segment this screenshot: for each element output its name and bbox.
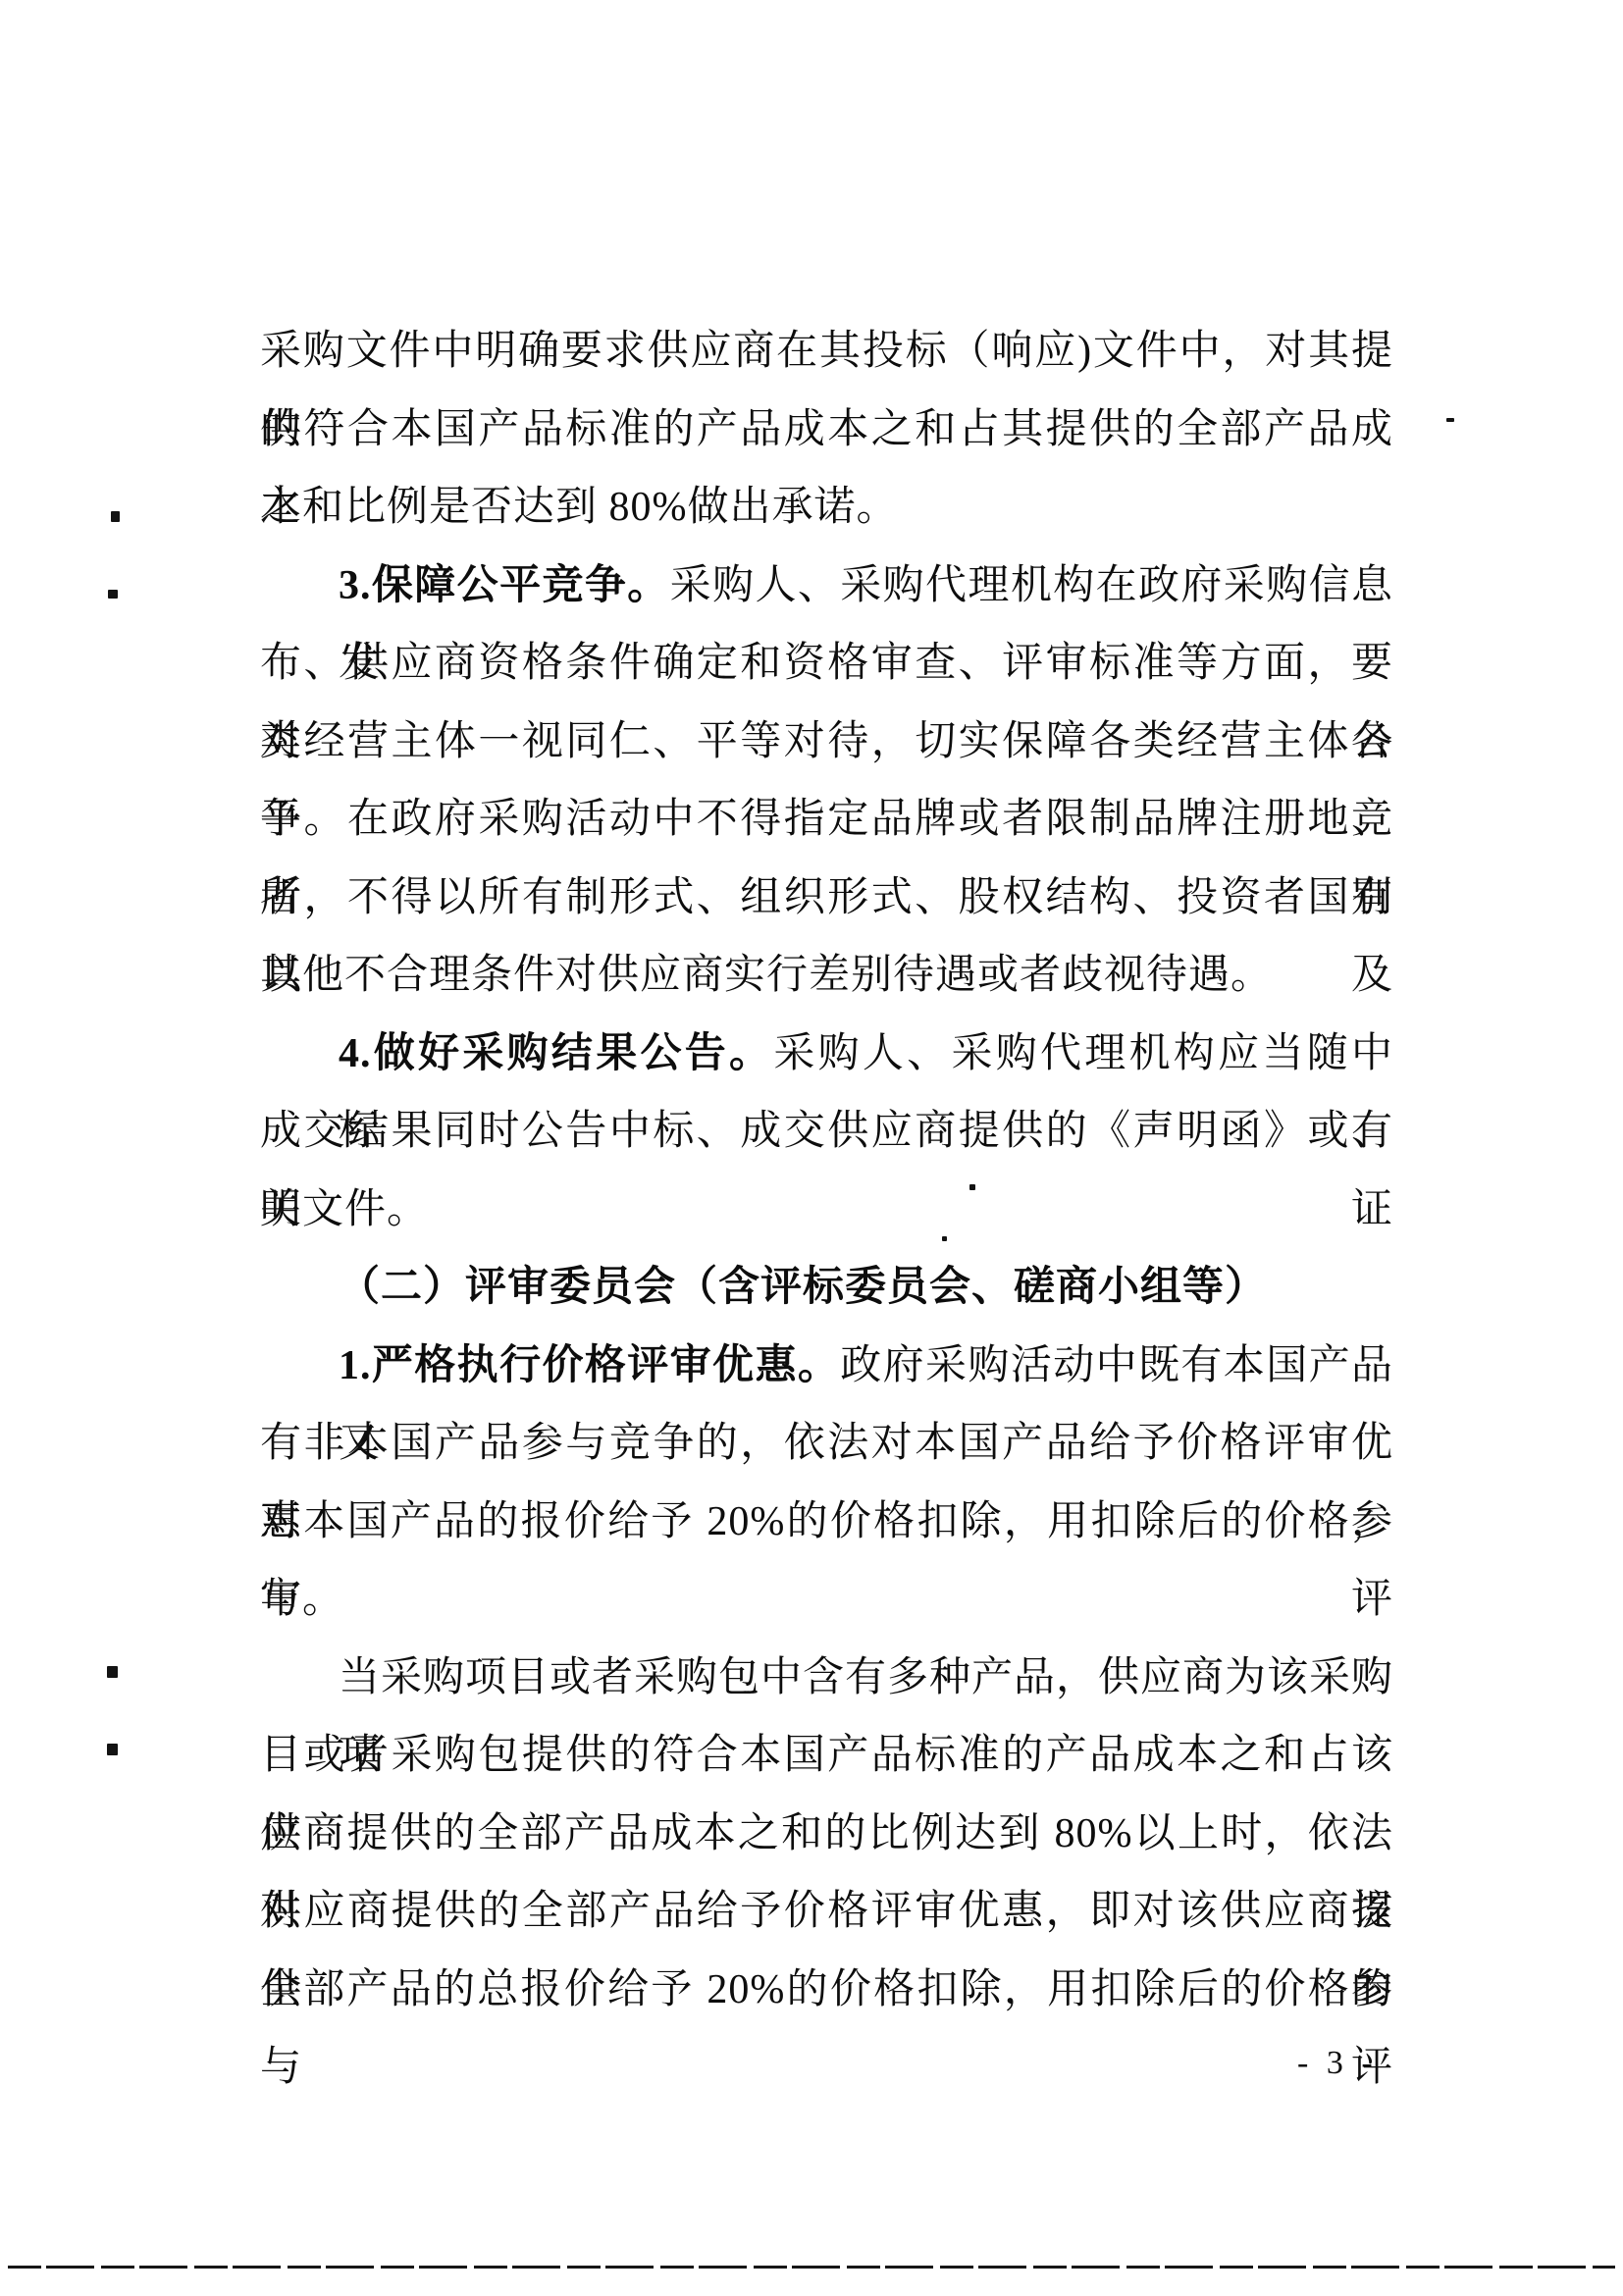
text-line: 采购文件中明确要求供应商在其投标（响应)文件中，对其提供: [260, 313, 1393, 391]
scan-speck: [969, 1184, 975, 1190]
text-line: 对本国产品的报价给予 20%的价格扣除，用扣除后的价格参与评: [260, 1484, 1393, 1562]
scan-speck: [1446, 418, 1454, 422]
scan-speck: [107, 1744, 118, 1755]
text-line: 布、供应商资格条件确定和资格审查、评审标准等方面，要对各: [260, 625, 1393, 704]
text-line: 目或者采购包提供的符合本国产品标准的产品成本之和占该供: [260, 1717, 1393, 1796]
text-line: 其他不合理条件对供应商实行差别待遇或者歧视待遇。: [260, 937, 1393, 1016]
scan-speck: [942, 1236, 947, 1241]
text-line: 类经营主体一视同仁、平等对待，切实保障各类经营主体公平竞: [260, 704, 1393, 782]
scan-speck: [111, 511, 120, 522]
page-number: - 3 -: [1297, 2045, 1378, 2082]
text-line: 3.保障公平竞争。采购人、采购代理机构在政府采购信息发: [260, 548, 1393, 626]
text-line: 的符合本国产品标准的产品成本之和占其提供的全部产品成本: [260, 391, 1393, 470]
text-block: 采购文件中明确要求供应商在其投标（响应)文件中，对其提供的符合本国产品标准的产品…: [260, 313, 1393, 2029]
text-line: 有非本国产品参与竞争的，依法对本国产品给予价格评审优惠，: [260, 1405, 1393, 1484]
text-line: 争。在政府采购活动中不得指定品牌或者限制品牌注册地、所有: [260, 781, 1393, 860]
scan-speck: [107, 1666, 118, 1678]
text-line: 供应商提供的全部产品给予价格评审优惠，即对该供应商提供的: [260, 1873, 1393, 1952]
text-line: 4.做好采购结果公告。采购人、采购代理机构应当随中标、: [260, 1016, 1393, 1094]
text-line: 者，不得以所有制形式、组织形式、股权结构、投资者国别以及: [260, 860, 1393, 938]
text-line: 成交结果同时公告中标、成交供应商提供的《声明函》或有关证: [260, 1093, 1393, 1172]
text-line: 应商提供的全部产品成本之和的比例达到 80%以上时，依法对该: [260, 1796, 1393, 1874]
scanned-document-page: 采购文件中明确要求供应商在其投标（响应)文件中，对其提供的符合本国产品标准的产品…: [0, 0, 1623, 2296]
text-line: 全部产品的总报价给予 20%的价格扣除，用扣除后的价格参与评: [260, 1952, 1393, 2030]
section-heading: （二）评审委员会（含评标委员会、磋商小组等）: [260, 1249, 1393, 1328]
text-line: 1.严格执行价格评审优惠。政府采购活动中既有本国产品又: [260, 1328, 1393, 1406]
text-line: 当采购项目或者采购包中含有多种产品，供应商为该采购项: [260, 1640, 1393, 1718]
scan-edge-line: [8, 2266, 1615, 2269]
text-line: 之和比例是否达到 80%做出承诺。: [260, 469, 1393, 548]
scan-speck: [108, 590, 118, 599]
